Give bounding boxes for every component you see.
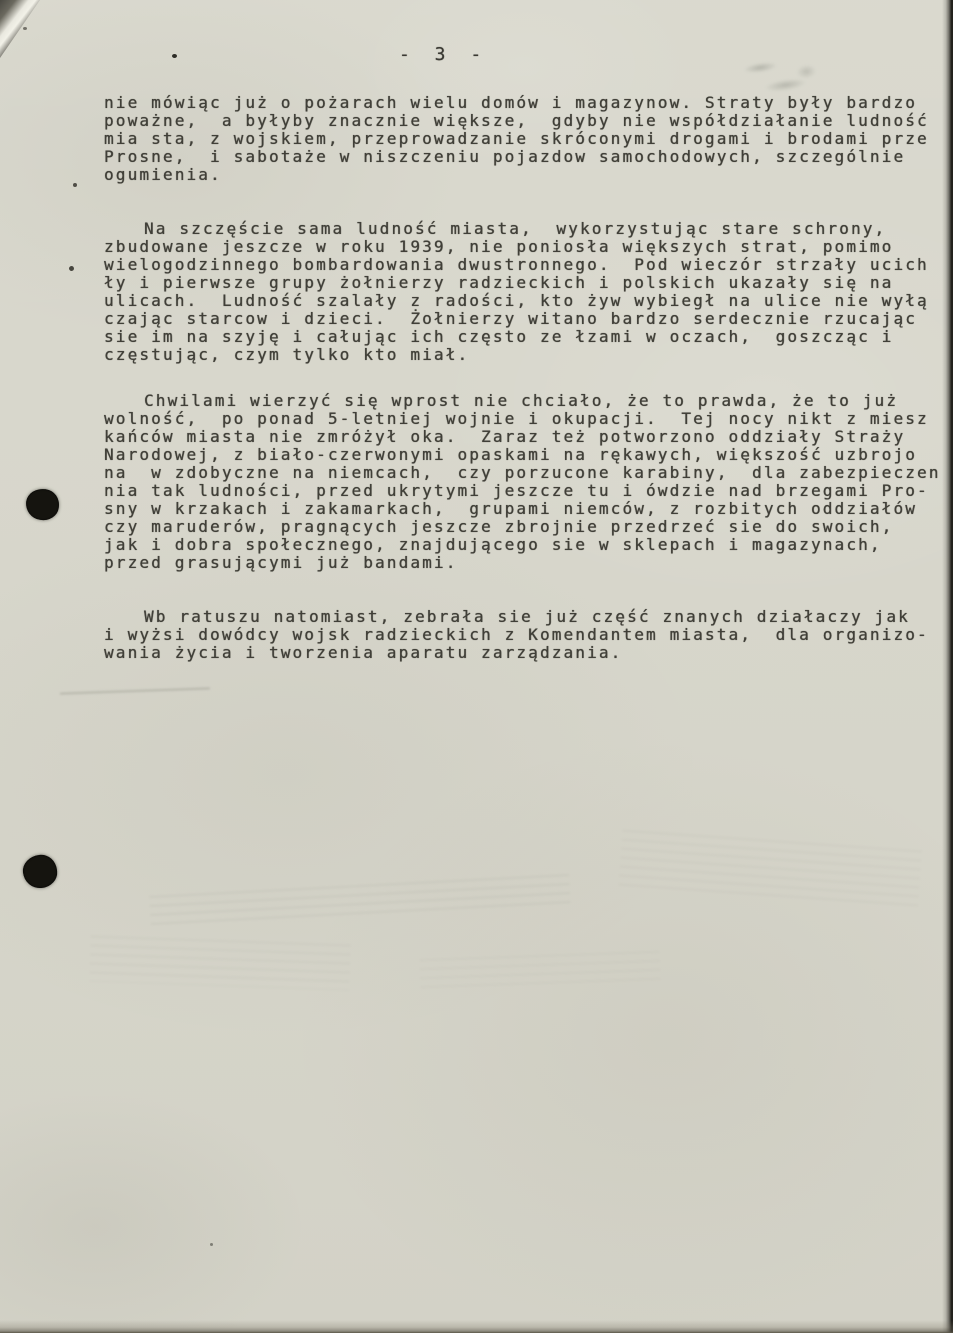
paragraph-3: Chwilami wierzyć się wprost nie chciało,… [104, 392, 940, 572]
paragraph-4: Wb ratuszu natomiast, zebrała sie już cz… [104, 608, 940, 662]
punch-hole-top [24, 487, 61, 522]
corner-fold-mark [0, 0, 40, 58]
typewritten-text-block: nie mówiąc już o pożarach wielu domów i … [104, 94, 940, 662]
page-number: - 3 - [399, 44, 488, 65]
scan-edge-bottom [0, 1320, 953, 1333]
ink-speck [210, 1243, 213, 1246]
paragraph-2: Na szczęście sama ludność miasta, wykorz… [104, 220, 940, 364]
ink-speck [23, 27, 27, 30]
paragraph-1: nie mówiąc już o pożarach wielu domów i … [104, 94, 940, 184]
ink-speck [68, 265, 74, 271]
scan-edge-right [942, 0, 953, 1333]
bleed-through-smudge [149, 874, 570, 930]
punch-hole-bottom [21, 853, 58, 889]
ink-speck [73, 183, 77, 187]
bleed-through-smudge [89, 935, 350, 990]
scanned-document-page: - 3 - nie mówiąc już o pożarach wielu do… [0, 0, 953, 1333]
bleed-through-smudge [618, 830, 921, 911]
ink-speck [172, 54, 177, 58]
bleed-through-smudge [420, 951, 661, 989]
pencil-line-smudge [60, 687, 210, 697]
